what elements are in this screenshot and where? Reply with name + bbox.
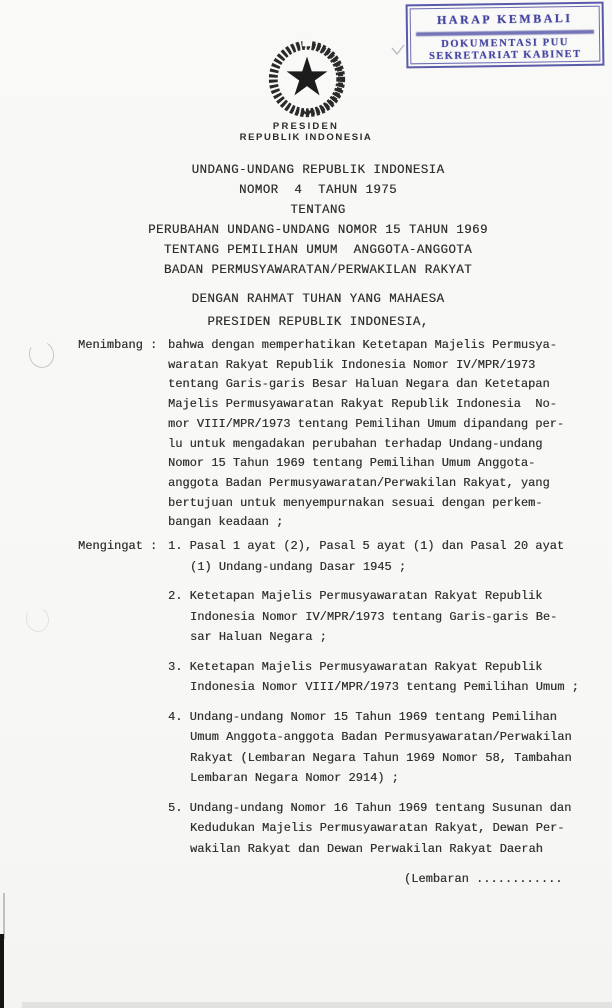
section-label-menimbang: Menimbang : bbox=[78, 336, 168, 356]
item-line: (1) Undang-undang Dasar 1945 ; bbox=[190, 557, 579, 578]
paragraph-line: bangan keadaan ; bbox=[168, 513, 564, 533]
title-line: UNDANG-UNDANG REPUBLIK INDONESIA bbox=[24, 160, 612, 180]
paragraph-line: bertujuan untuk menyempurnakan sesuai de… bbox=[168, 494, 564, 514]
item-line: 1. Pasal 1 ayat (2), Pasal 5 ayat (1) da… bbox=[168, 536, 579, 557]
paragraph-line: anggota Badan Permusyawaratan/Perwakilan… bbox=[168, 474, 564, 494]
item-line: Indonesia Nomor VIII/MPR/1973 tentang Pe… bbox=[190, 677, 579, 698]
invocation-line-2: PRESIDEN REPUBLIK INDONESIA, bbox=[24, 311, 612, 334]
mengingat-items: 1. Pasal 1 ayat (2), Pasal 5 ayat (1) da… bbox=[168, 536, 579, 859]
paragraph-line: Majelis Permusyawaratan Rakyat Republik … bbox=[168, 395, 564, 415]
item-line: sar Haluan Negara ; bbox=[190, 627, 579, 648]
item-line: 2. Ketetapan Majelis Permusyawaratan Rak… bbox=[168, 586, 579, 607]
paragraph-line: mor VIII/MPR/1973 tentang Pemilihan Umum… bbox=[168, 415, 564, 435]
office-stamp: HARAP KEMBALI DOKUMENTASI PUU SEKRETARIA… bbox=[406, 2, 605, 69]
invocation-line-1: DENGAN RAHMAT TUHAN YANG MAHAESA bbox=[24, 288, 612, 311]
paragraph-line: bahwa dengan memperhatikan Ketetapan Maj… bbox=[168, 336, 564, 356]
letterhead: PRESIDEN REPUBLIK INDONESIA bbox=[0, 121, 612, 143]
star-wreath-seal-icon bbox=[261, 33, 353, 125]
pen-circle-mark-faint bbox=[23, 605, 51, 635]
section-menimbang: Menimbang : bahwa dengan memperhatikan K… bbox=[78, 336, 564, 533]
document-title: UNDANG-UNDANG REPUBLIK INDONESIA NOMOR 4… bbox=[24, 160, 612, 280]
scan-edge-left-black bbox=[0, 934, 4, 1008]
pen-circle-mark bbox=[26, 338, 57, 370]
paragraph-line: waratan Rakyat Republik Indonesia Nomor … bbox=[168, 356, 564, 376]
stamp-line-1: HARAP KEMBALI bbox=[408, 11, 602, 29]
catchword: (Lembaran ............ bbox=[404, 872, 562, 886]
title-line: BADAN PERMUSYAWARATAN/PERWAKILAN RAKYAT bbox=[24, 260, 612, 280]
section-label-mengingat: Mengingat : bbox=[78, 536, 168, 557]
menimbang-paragraph: bahwa dengan memperhatikan Ketetapan Maj… bbox=[168, 336, 564, 533]
letterhead-line-2: REPUBLIK INDONESIA bbox=[0, 132, 612, 143]
legal-item-1: 1. Pasal 1 ayat (2), Pasal 5 ayat (1) da… bbox=[168, 536, 579, 577]
letterhead-line-1: PRESIDEN bbox=[0, 121, 612, 132]
section-mengingat: Mengingat : 1. Pasal 1 ayat (2), Pasal 5… bbox=[78, 536, 579, 859]
item-line: Rakyat (Lembaran Negara Tahun 1969 Nomor… bbox=[190, 748, 579, 769]
title-line: TENTANG bbox=[24, 200, 612, 220]
item-line: Umum Anggota-anggota Badan Permusyawarat… bbox=[190, 727, 579, 748]
legal-item-2: 2. Ketetapan Majelis Permusyawaratan Rak… bbox=[168, 586, 579, 648]
title-line: PERUBAHAN UNDANG-UNDANG NOMOR 15 TAHUN 1… bbox=[24, 220, 612, 240]
paragraph-line: Nomor 15 Tahun 1969 tentang Pemilihan Um… bbox=[168, 454, 564, 474]
title-line: TENTANG PEMILIHAN UMUM ANGGOTA-ANGGOTA bbox=[24, 240, 612, 260]
check-tick-mark bbox=[391, 44, 405, 56]
legal-item-5: 5. Undang-undang Nomor 16 Tahun 1969 ten… bbox=[168, 798, 579, 860]
item-line: 3. Ketetapan Majelis Permusyawaratan Rak… bbox=[168, 657, 579, 678]
invocation: DENGAN RAHMAT TUHAN YANG MAHAESA PRESIDE… bbox=[24, 288, 612, 334]
scanned-document-page: HARAP KEMBALI DOKUMENTASI PUU SEKRETARIA… bbox=[0, 0, 612, 1008]
paragraph-line: tentang Garis-garis Besar Haluan Negara … bbox=[168, 375, 564, 395]
legal-item-3: 3. Ketetapan Majelis Permusyawaratan Rak… bbox=[168, 657, 579, 698]
item-line: 4. Undang-undang Nomor 15 Tahun 1969 ten… bbox=[168, 707, 579, 728]
item-line: Kedudukan Majelis Permusyawaratan Rakyat… bbox=[190, 818, 579, 839]
scan-edge-left-gray bbox=[3, 893, 5, 939]
legal-item-4: 4. Undang-undang Nomor 15 Tahun 1969 ten… bbox=[168, 707, 579, 789]
item-line: wakilan Rakyat dan Dewan Perwakilan Raky… bbox=[190, 839, 579, 860]
item-line: 5. Undang-undang Nomor 16 Tahun 1969 ten… bbox=[168, 798, 579, 819]
star-icon bbox=[287, 57, 328, 96]
item-line: Lembaran Negara Nomor 2914) ; bbox=[190, 768, 579, 789]
title-line: NOMOR 4 TAHUN 1975 bbox=[24, 180, 612, 200]
scan-edge-bottom bbox=[22, 1002, 612, 1008]
item-line: Indonesia Nomor IV/MPR/1973 tentang Gari… bbox=[190, 607, 579, 628]
paragraph-line: lu untuk mengadakan perubahan terhadap U… bbox=[168, 435, 564, 455]
